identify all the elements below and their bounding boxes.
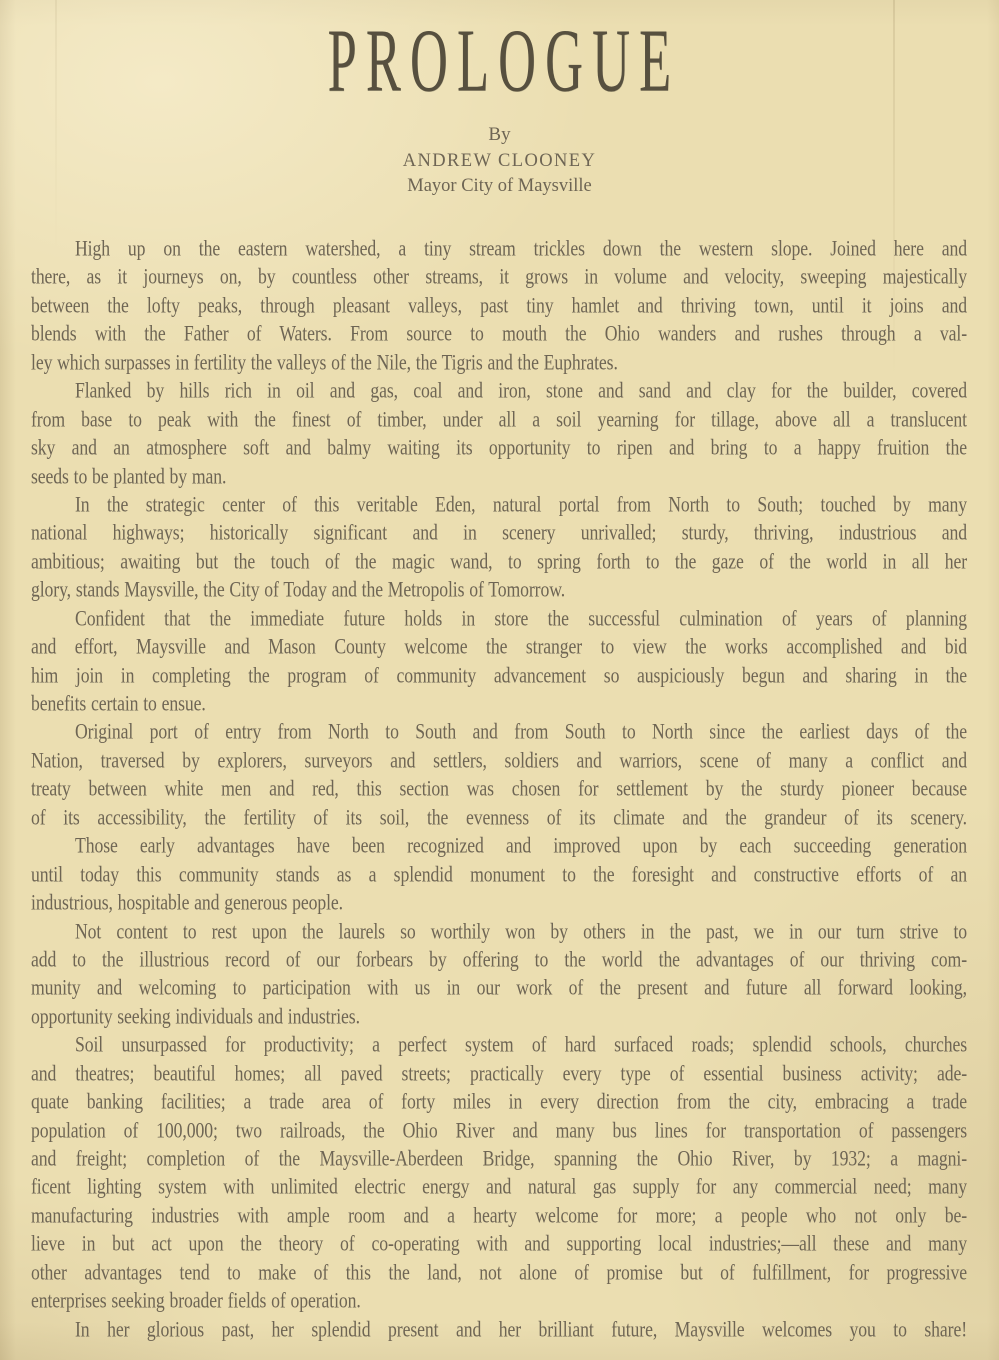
byline-label: By — [0, 122, 999, 148]
byline-block: By ANDREW CLOONEY Mayor City of Maysvill… — [0, 122, 999, 199]
page-title: PROLOGUE — [319, 17, 681, 103]
paragraph: Flanked by hills rich in oil and gas, co… — [31, 376, 967, 490]
paragraph: Confident that the immediate future hold… — [31, 604, 967, 718]
paragraph: In the strategic center of this veritabl… — [31, 490, 967, 604]
document-page: PROLOGUE By ANDREW CLOONEY Mayor City of… — [0, 0, 999, 1360]
document-body: High up on the eastern watershed, a tiny… — [31, 234, 967, 1343]
page-title-row: PROLOGUE — [0, 0, 999, 102]
paragraph: High up on the eastern watershed, a tiny… — [31, 234, 967, 376]
paragraph: Original port of entry from North to Sou… — [31, 717, 967, 831]
author-role: Mayor City of Maysville — [0, 174, 999, 199]
paragraph: In her glorious past, her splendid prese… — [31, 1315, 967, 1343]
paragraph: Soil unsurpassed for productivity; a per… — [31, 1030, 967, 1314]
text-line: In her glorious past, her splendid prese… — [31, 1311, 967, 1346]
author-name: ANDREW CLOONEY — [0, 148, 999, 174]
paragraph: Not content to rest upon the laurels so … — [31, 917, 967, 1031]
paragraph: Those early advantages have been recogni… — [31, 831, 967, 916]
